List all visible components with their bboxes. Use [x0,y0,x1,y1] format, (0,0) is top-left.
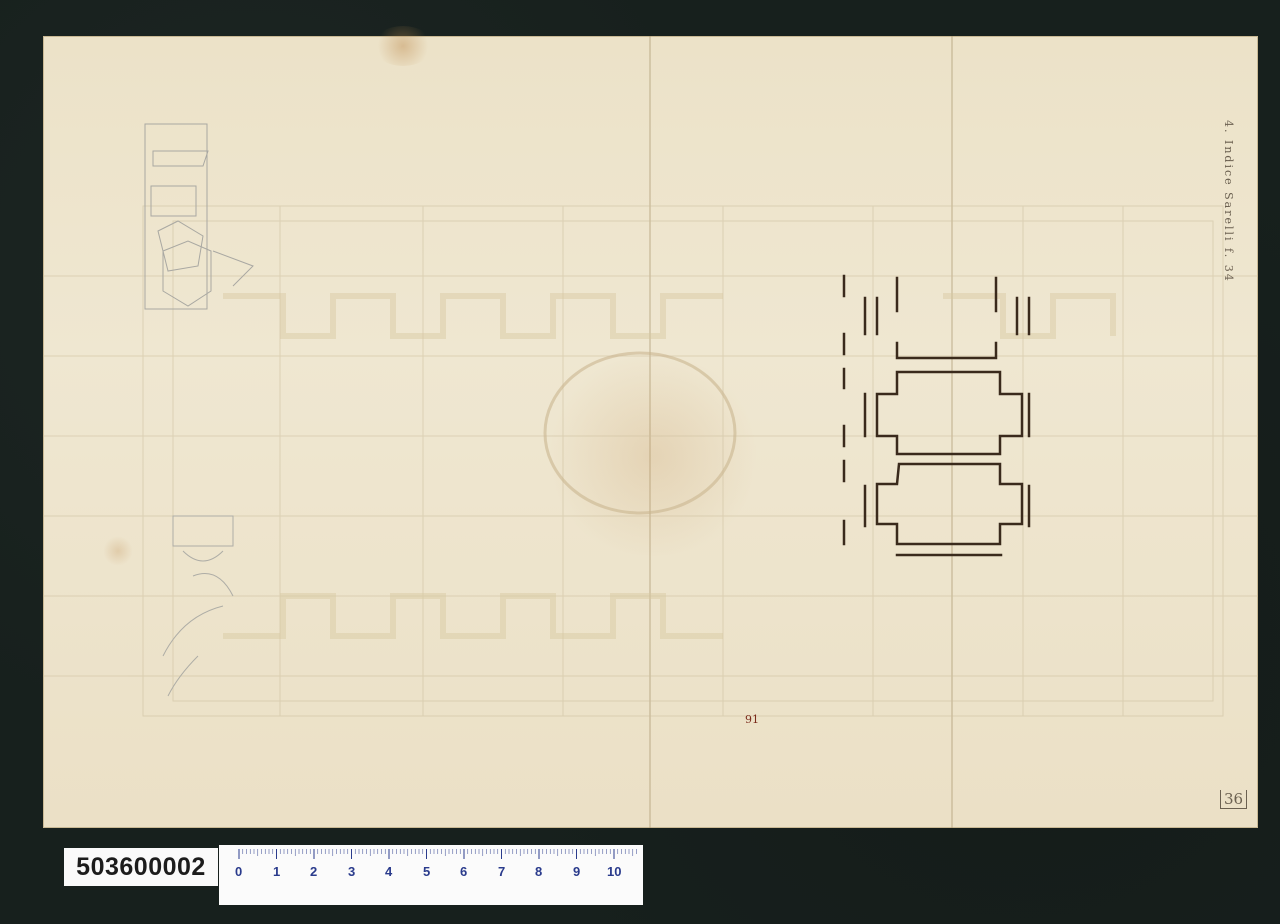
folio-number: 36 [1220,790,1247,809]
side-annotation: 4. Indice Sarelli f. 34 [1222,120,1235,283]
ruler-label: 8 [535,864,542,879]
ruler-label: 3 [348,864,355,879]
ruler-label: 6 [460,864,467,879]
ruler-label: 9 [573,864,580,879]
inventory-label: 503600002 [64,848,218,886]
ink-mark: 91 [745,713,759,726]
ruler-label: 1 [273,864,280,879]
ruler-label: 4 [385,864,392,879]
drawing-lines [43,36,1258,828]
ruler-label: 7 [498,864,505,879]
ruler-label: 5 [423,864,430,879]
scale-ruler: 0 1 2 3 4 5 6 7 8 9 10 [219,845,643,905]
drawing-sheet [43,36,1258,828]
ruler-label: 0 [235,864,242,879]
ruler-label: 10 [607,864,621,879]
ruler-label: 2 [310,864,317,879]
